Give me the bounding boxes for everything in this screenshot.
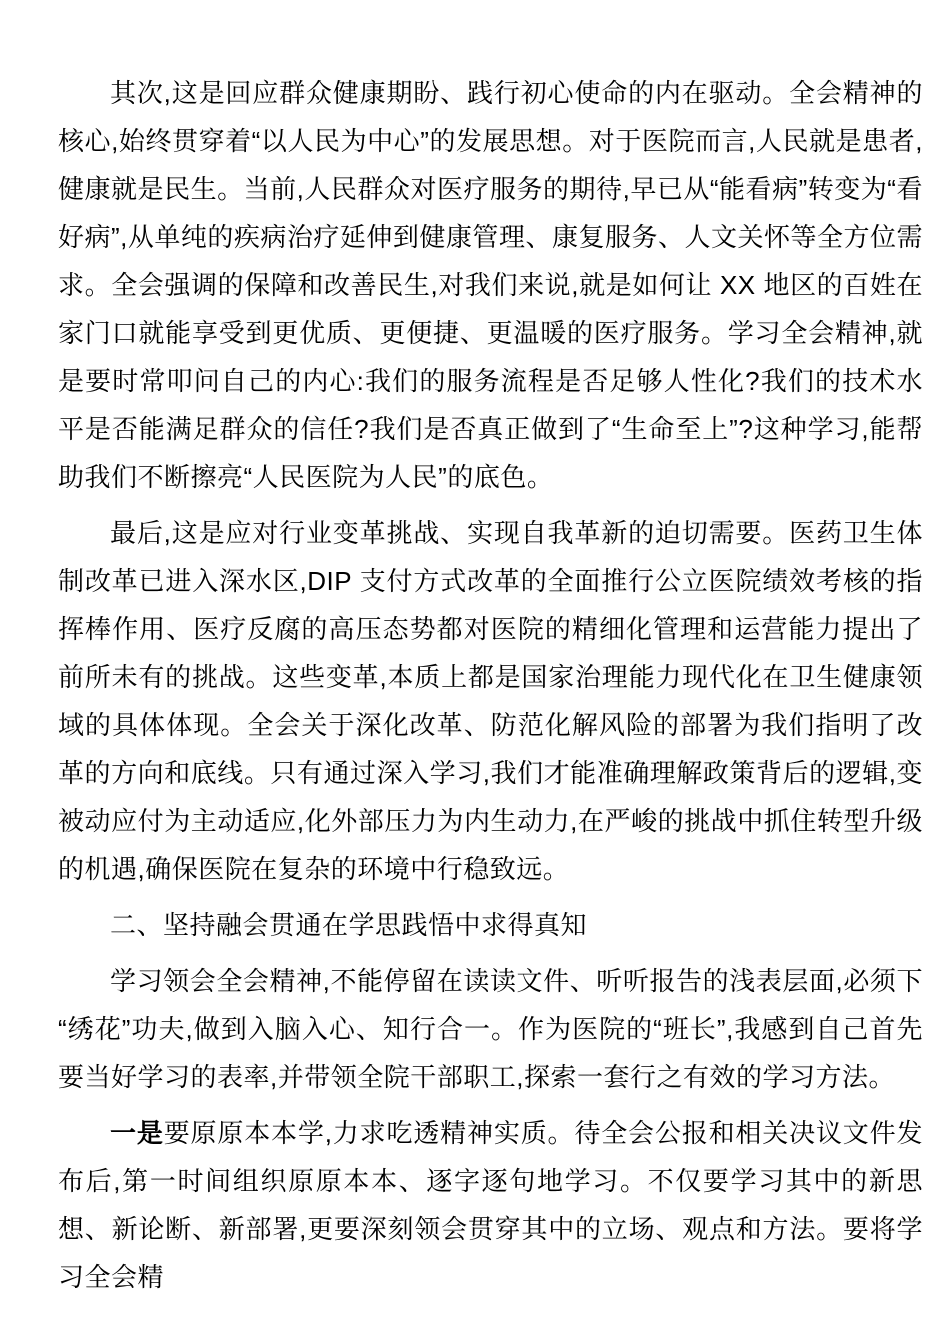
body-paragraph: 一是要原原本本学,力求吃透精神实质。待全会公报和相关决议文件发布后,第一时间组织… bbox=[58, 1109, 923, 1301]
section-heading: 二、坚持融会贯通在学思践悟中求得真知 bbox=[58, 901, 923, 949]
document-page: 其次,这是回应群众健康期盼、践行初心使命的内在驱动。全会精神的核心,始终贯穿着“… bbox=[0, 0, 950, 1344]
document-body: 其次,这是回应群众健康期盼、践行初心使命的内在驱动。全会精神的核心,始终贯穿着“… bbox=[0, 0, 950, 1301]
body-paragraph: 其次,这是回应群众健康期盼、践行初心使命的内在驱动。全会精神的核心,始终贯穿着“… bbox=[58, 69, 923, 501]
paragraph-bold-lead: 一是 bbox=[110, 1118, 164, 1148]
body-paragraph: 学习领会全会精神,不能停留在读读文件、听听报告的浅表层面,必须下“绣花”功夫,做… bbox=[58, 957, 923, 1101]
body-paragraph: 最后,这是应对行业变革挑战、实现自我革新的迫切需要。医药卫生体制改革已进入深水区… bbox=[58, 509, 923, 893]
